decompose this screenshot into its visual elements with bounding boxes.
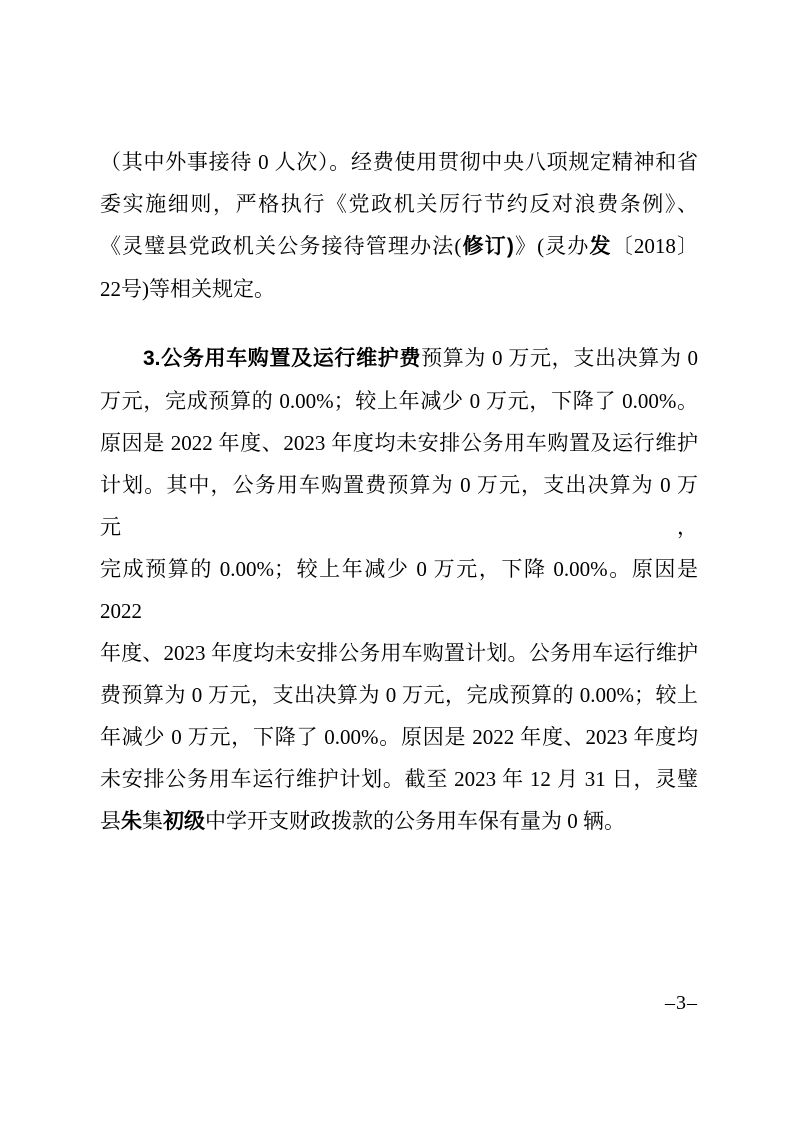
text-run: （其中外事接待 0 人次）。经费使用贯彻中央八项规定精神和省	[100, 150, 698, 174]
para-reception-funds-regulations: （其中外事接待 0 人次）。经费使用贯彻中央八项规定精神和省委实施细则，严格执行…	[100, 141, 698, 310]
text-run: 原因是 2022 年度、2023 年度均未安排公务用车购置及运行维护	[100, 431, 698, 455]
text-run: 委实施细则，严格执行《党政机关厉行节约反对浪费条例》、	[100, 192, 698, 216]
bold-text-run: 发	[590, 235, 612, 258]
para-official-vehicle-budget: 3.公务用车购置及运行维护费预算为 0 万元，支出决算为 0万元，完成预算的 0…	[100, 337, 698, 843]
text-line: 费预算为 0 万元，支出决算为 0 万元，完成预算的 0.00%；较上	[100, 674, 698, 716]
text-run: 计划。其中，公务用车购置费预算为 0 万元，支出决算为 0 万元，	[100, 473, 698, 539]
text-line: 原因是 2022 年度、2023 年度均未安排公务用车购置及运行维护	[100, 422, 698, 464]
text-run: 万元，完成预算的 0.00%；较上年减少 0 万元，下降了 0.00%。	[100, 389, 698, 413]
bold-text-run: 修订)	[461, 235, 513, 258]
text-run: 集	[142, 809, 163, 833]
text-run: 年度、2023 年度均未安排公务用车购置计划。公务用车运行维护	[100, 641, 698, 665]
document-page: （其中外事接待 0 人次）。经费使用贯彻中央八项规定精神和省委实施细则，严格执行…	[0, 0, 793, 1122]
text-line: 年度、2023 年度均未安排公务用车购置计划。公务用车运行维护	[100, 632, 698, 674]
text-line: （其中外事接待 0 人次）。经费使用贯彻中央八项规定精神和省	[100, 141, 698, 183]
text-run: 预算为 0 万元，支出决算为 0	[421, 346, 698, 370]
bold-text-run: 初级	[163, 810, 205, 833]
text-run: 完成预算的 0.00%；较上年减少 0 万元，下降 0.00%。原因是 2022	[100, 557, 698, 623]
text-run: 县	[100, 809, 121, 833]
text-line: 年减少 0 万元，下降了 0.00%。原因是 2022 年度、2023 年度均	[100, 716, 698, 758]
text-line: 3.公务用车购置及运行维护费预算为 0 万元，支出决算为 0	[100, 337, 698, 380]
document-body: （其中外事接待 0 人次）。经费使用贯彻中央八项规定精神和省委实施细则，严格执行…	[100, 141, 698, 843]
text-line: 《灵璧县党政机关公务接待管理办法(修订)》(灵办发〔2018〕	[100, 225, 698, 268]
text-run: 《灵璧县党政机关公务接待管理办法(	[100, 234, 461, 258]
text-line: 委实施细则，严格执行《党政机关厉行节约反对浪费条例》、	[100, 183, 698, 225]
text-line: 万元，完成预算的 0.00%；较上年减少 0 万元，下降了 0.00%。	[100, 380, 698, 422]
text-line: 22号)等相关规定。	[100, 268, 698, 310]
text-line: 未安排公务用车运行维护计划。截至 2023 年 12 月 31 日，灵璧	[100, 758, 698, 800]
text-run: 》(灵办	[514, 234, 590, 258]
bold-text-run: 3.公务用车购置及运行维护费	[143, 347, 421, 370]
text-run: 〔2018〕	[612, 234, 698, 258]
bold-text-run: 朱	[121, 810, 142, 833]
text-line: 完成预算的 0.00%；较上年减少 0 万元，下降 0.00%。原因是 2022	[100, 548, 698, 632]
text-run: 中学开支财政拨款的公务用车保有量为 0 辆。	[205, 809, 625, 833]
text-run: 年减少 0 万元，下降了 0.00%。原因是 2022 年度、2023 年度均	[100, 725, 698, 749]
text-run: 22号)等相关规定。	[100, 277, 275, 301]
text-line: 县朱集初级中学开支财政拨款的公务用车保有量为 0 辆。	[100, 800, 698, 843]
text-run: 未安排公务用车运行维护计划。截至 2023 年 12 月 31 日，灵璧	[100, 767, 698, 791]
text-run: 费预算为 0 万元，支出决算为 0 万元，完成预算的 0.00%；较上	[100, 683, 698, 707]
text-line: 计划。其中，公务用车购置费预算为 0 万元，支出决算为 0 万元，	[100, 464, 698, 548]
page-number: –3–	[665, 992, 698, 1015]
